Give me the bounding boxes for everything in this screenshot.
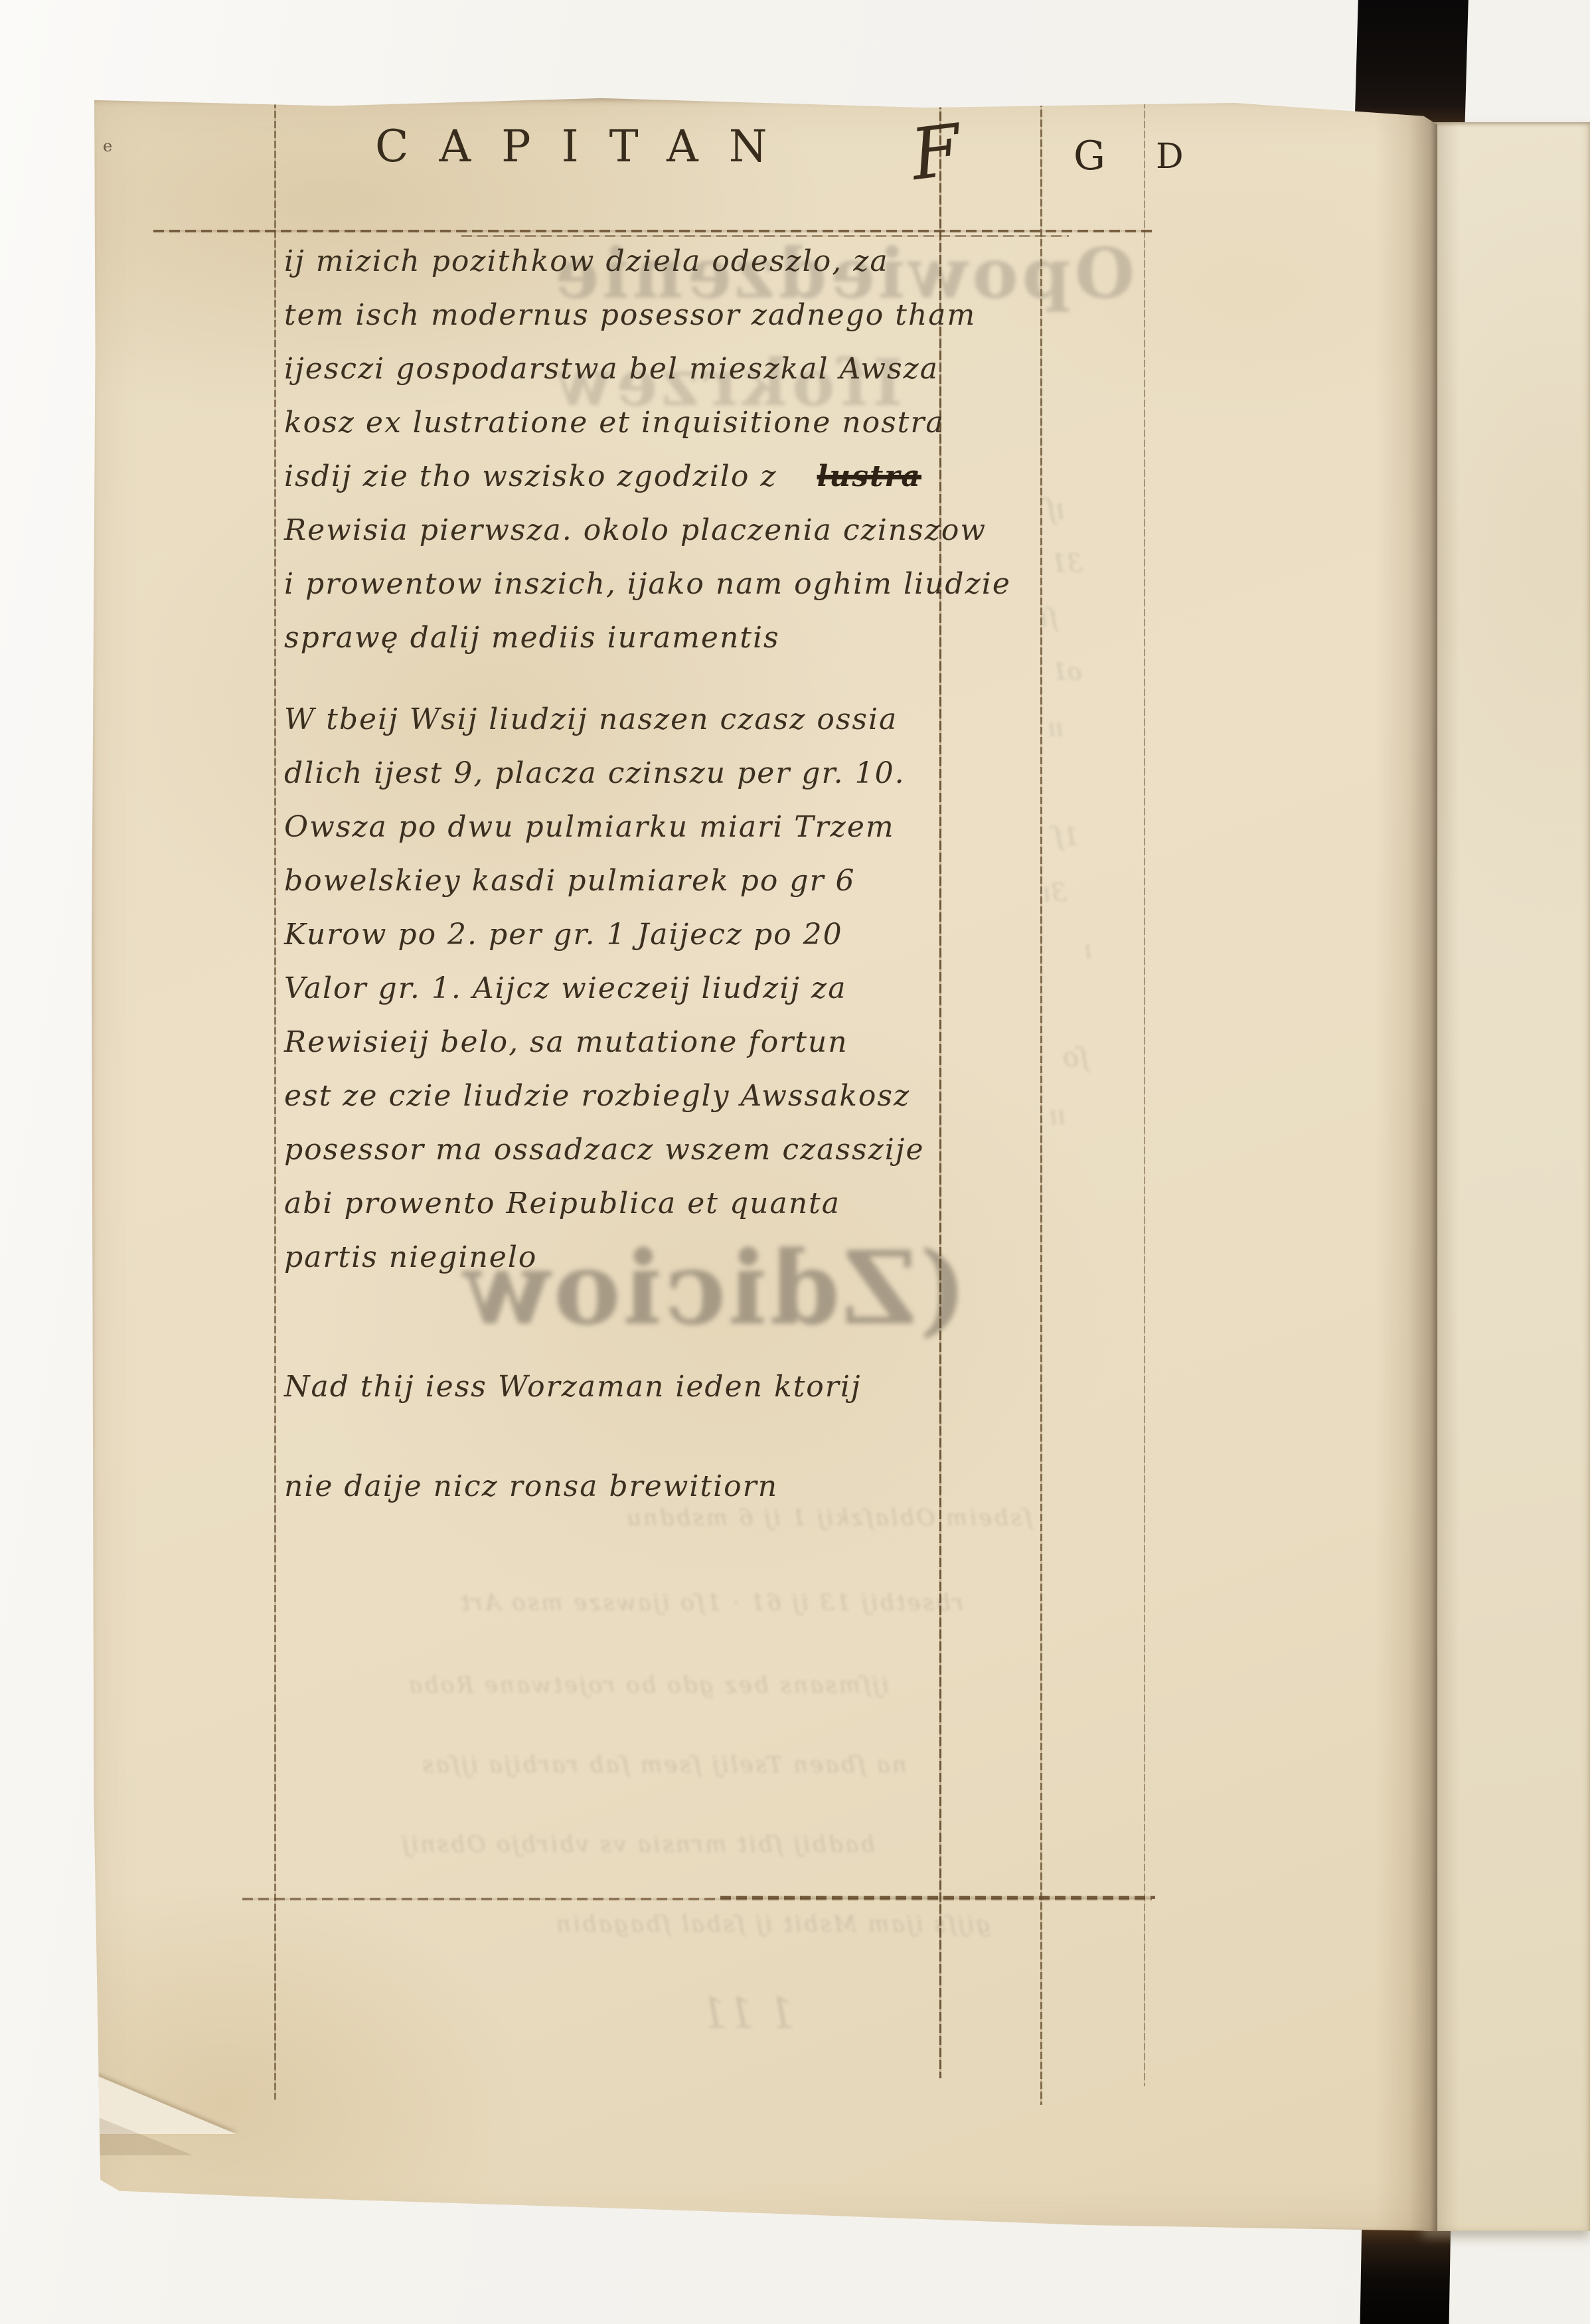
handwritten-line: ij mizich pozithkow dziela odeszlo, za xyxy=(284,244,948,298)
bleedthrough-mark: ı xyxy=(1084,935,1092,964)
bleedthrough-mark: 31 xyxy=(1051,548,1083,578)
handwritten-line: sprawę dalij mediis iuramentis xyxy=(284,621,948,675)
bleedthrough-mark: 1 11 xyxy=(700,1989,795,2038)
handwritten-line: Rewisieij belo, sa mutatione fortun xyxy=(284,1025,948,1079)
rule-horizontal-footer-double xyxy=(720,1896,1155,1899)
handwritten-line: kosz ex lustratione et inquisitione nost… xyxy=(284,406,948,459)
handwritten-line: isdij zie tho wszisko zgodzilo zlustra xyxy=(284,459,948,513)
rule-horizontal-header xyxy=(153,230,1153,232)
handwritten-line: Owsza po dwu pulmiarku miari Trzem xyxy=(284,810,948,864)
paragraph-3: Nad thij iess Worzaman ieden ktorij nie … xyxy=(284,1370,948,1569)
handwritten-line: i prowentow inszich, ijako nam oghim liu… xyxy=(284,567,948,621)
handwritten-line: Kurow po 2. per gr. 1 Jaijecz po 20 xyxy=(284,918,948,971)
binding-strap-bottom xyxy=(1360,2216,1451,2324)
handwritten-text-column: ij mizich pozithkow dziela odeszlo, za t… xyxy=(284,244,948,1569)
bleedthrough-mark: ſo xyxy=(1063,1042,1089,1073)
struck-word: lustra xyxy=(817,459,922,493)
margin-mark: e xyxy=(103,137,112,155)
bleedthrough-mark: ıſ xyxy=(1046,493,1065,525)
bleedthrough-mark: o1 xyxy=(1052,659,1082,686)
column-header-g: G xyxy=(1073,133,1105,179)
bleedthrough-line: na ſbaen Tselij ſsem ſab rarbija ijſas xyxy=(420,1752,907,1778)
handwritten-line: est ze czie liudzie rozbiegly Awssakosz xyxy=(284,1079,948,1133)
bleedthrough-line: badbij ſbit mrnsia vs vbirbjo Obsnij xyxy=(400,1831,875,1858)
handwritten-line: Nad thij iess Worzaman ieden ktorij xyxy=(284,1370,948,1469)
bleedthrough-line: ijſmsans bez gdo bo rojetwane Roba xyxy=(407,1672,889,1699)
rule-vertical-column-d xyxy=(1144,101,1145,2086)
bleedthrough-mark: ſı xyxy=(1040,603,1058,632)
paragraph-2: W tbeij Wsij liudzij naszen czasz ossia … xyxy=(284,703,948,1294)
header-flourish-letter: F xyxy=(907,109,965,196)
bleedthrough-line: rbsetbij 13 ij 61 · 1ſo ijawsze mso Art xyxy=(459,1590,963,1616)
paragraph-1: ij mizich pozithkow dziela odeszlo, za t… xyxy=(284,244,948,675)
handwritten-line: nie daije nicz ronsa brewitiorn xyxy=(284,1469,948,1569)
manuscript-page: Opowiedzenie Iſokrzew (Zdiciow ıſ 31 ſı … xyxy=(90,97,1437,2231)
rule-vertical-left-margin xyxy=(274,101,276,2100)
handwritten-line: posessor ma ossadzacz wszem czasszije xyxy=(284,1133,948,1187)
handwritten-line: abi prowento Reipublica et quanta xyxy=(284,1187,948,1240)
folded-corner-shadow xyxy=(94,2116,193,2155)
bleedthrough-mark: ıı xyxy=(1048,714,1064,742)
facing-page-edge xyxy=(1422,122,1590,2231)
rule-horizontal-header-double xyxy=(461,235,1069,237)
page-title-capitan: CAPITAN xyxy=(375,121,797,172)
handwritten-line: Valor gr. 1. Aijcz wieczeij liudzij za xyxy=(284,971,948,1025)
handwritten-line: ijesczi gospodarstwa bel mieszkal Awsza xyxy=(284,352,948,406)
handwritten-line: W tbeij Wsij liudzij naszen czasz ossia xyxy=(284,703,948,756)
bleedthrough-line: gijſs ijam Msbit ij ſsbal ſbagabin xyxy=(554,1911,991,1938)
bleedthrough-mark: 3ı xyxy=(1043,878,1067,907)
column-header-d: D xyxy=(1156,137,1184,177)
handwritten-line: bowelskiey kasdi pulmiarek po gr 6 xyxy=(284,864,948,918)
handwritten-line: tem isch modernus posessor zadnego tham xyxy=(284,298,948,352)
handwritten-line: Rewisia pierwsza. okolo placzenia czinsz… xyxy=(284,513,948,567)
binding-strap-top xyxy=(1354,0,1469,131)
bleedthrough-mark: ıı xyxy=(1050,1101,1066,1130)
handwritten-line: dlich ijest 9, placza czinszu per gr. 10… xyxy=(284,756,948,810)
scanner-background: Opowiedzenie Iſokrzew (Zdiciow ıſ 31 ſı … xyxy=(0,0,1590,2324)
rule-vertical-column-g xyxy=(1040,100,1042,2105)
handwritten-line: partis nieginelo xyxy=(284,1240,948,1294)
bleedthrough-mark: 1ſ xyxy=(1054,822,1079,851)
